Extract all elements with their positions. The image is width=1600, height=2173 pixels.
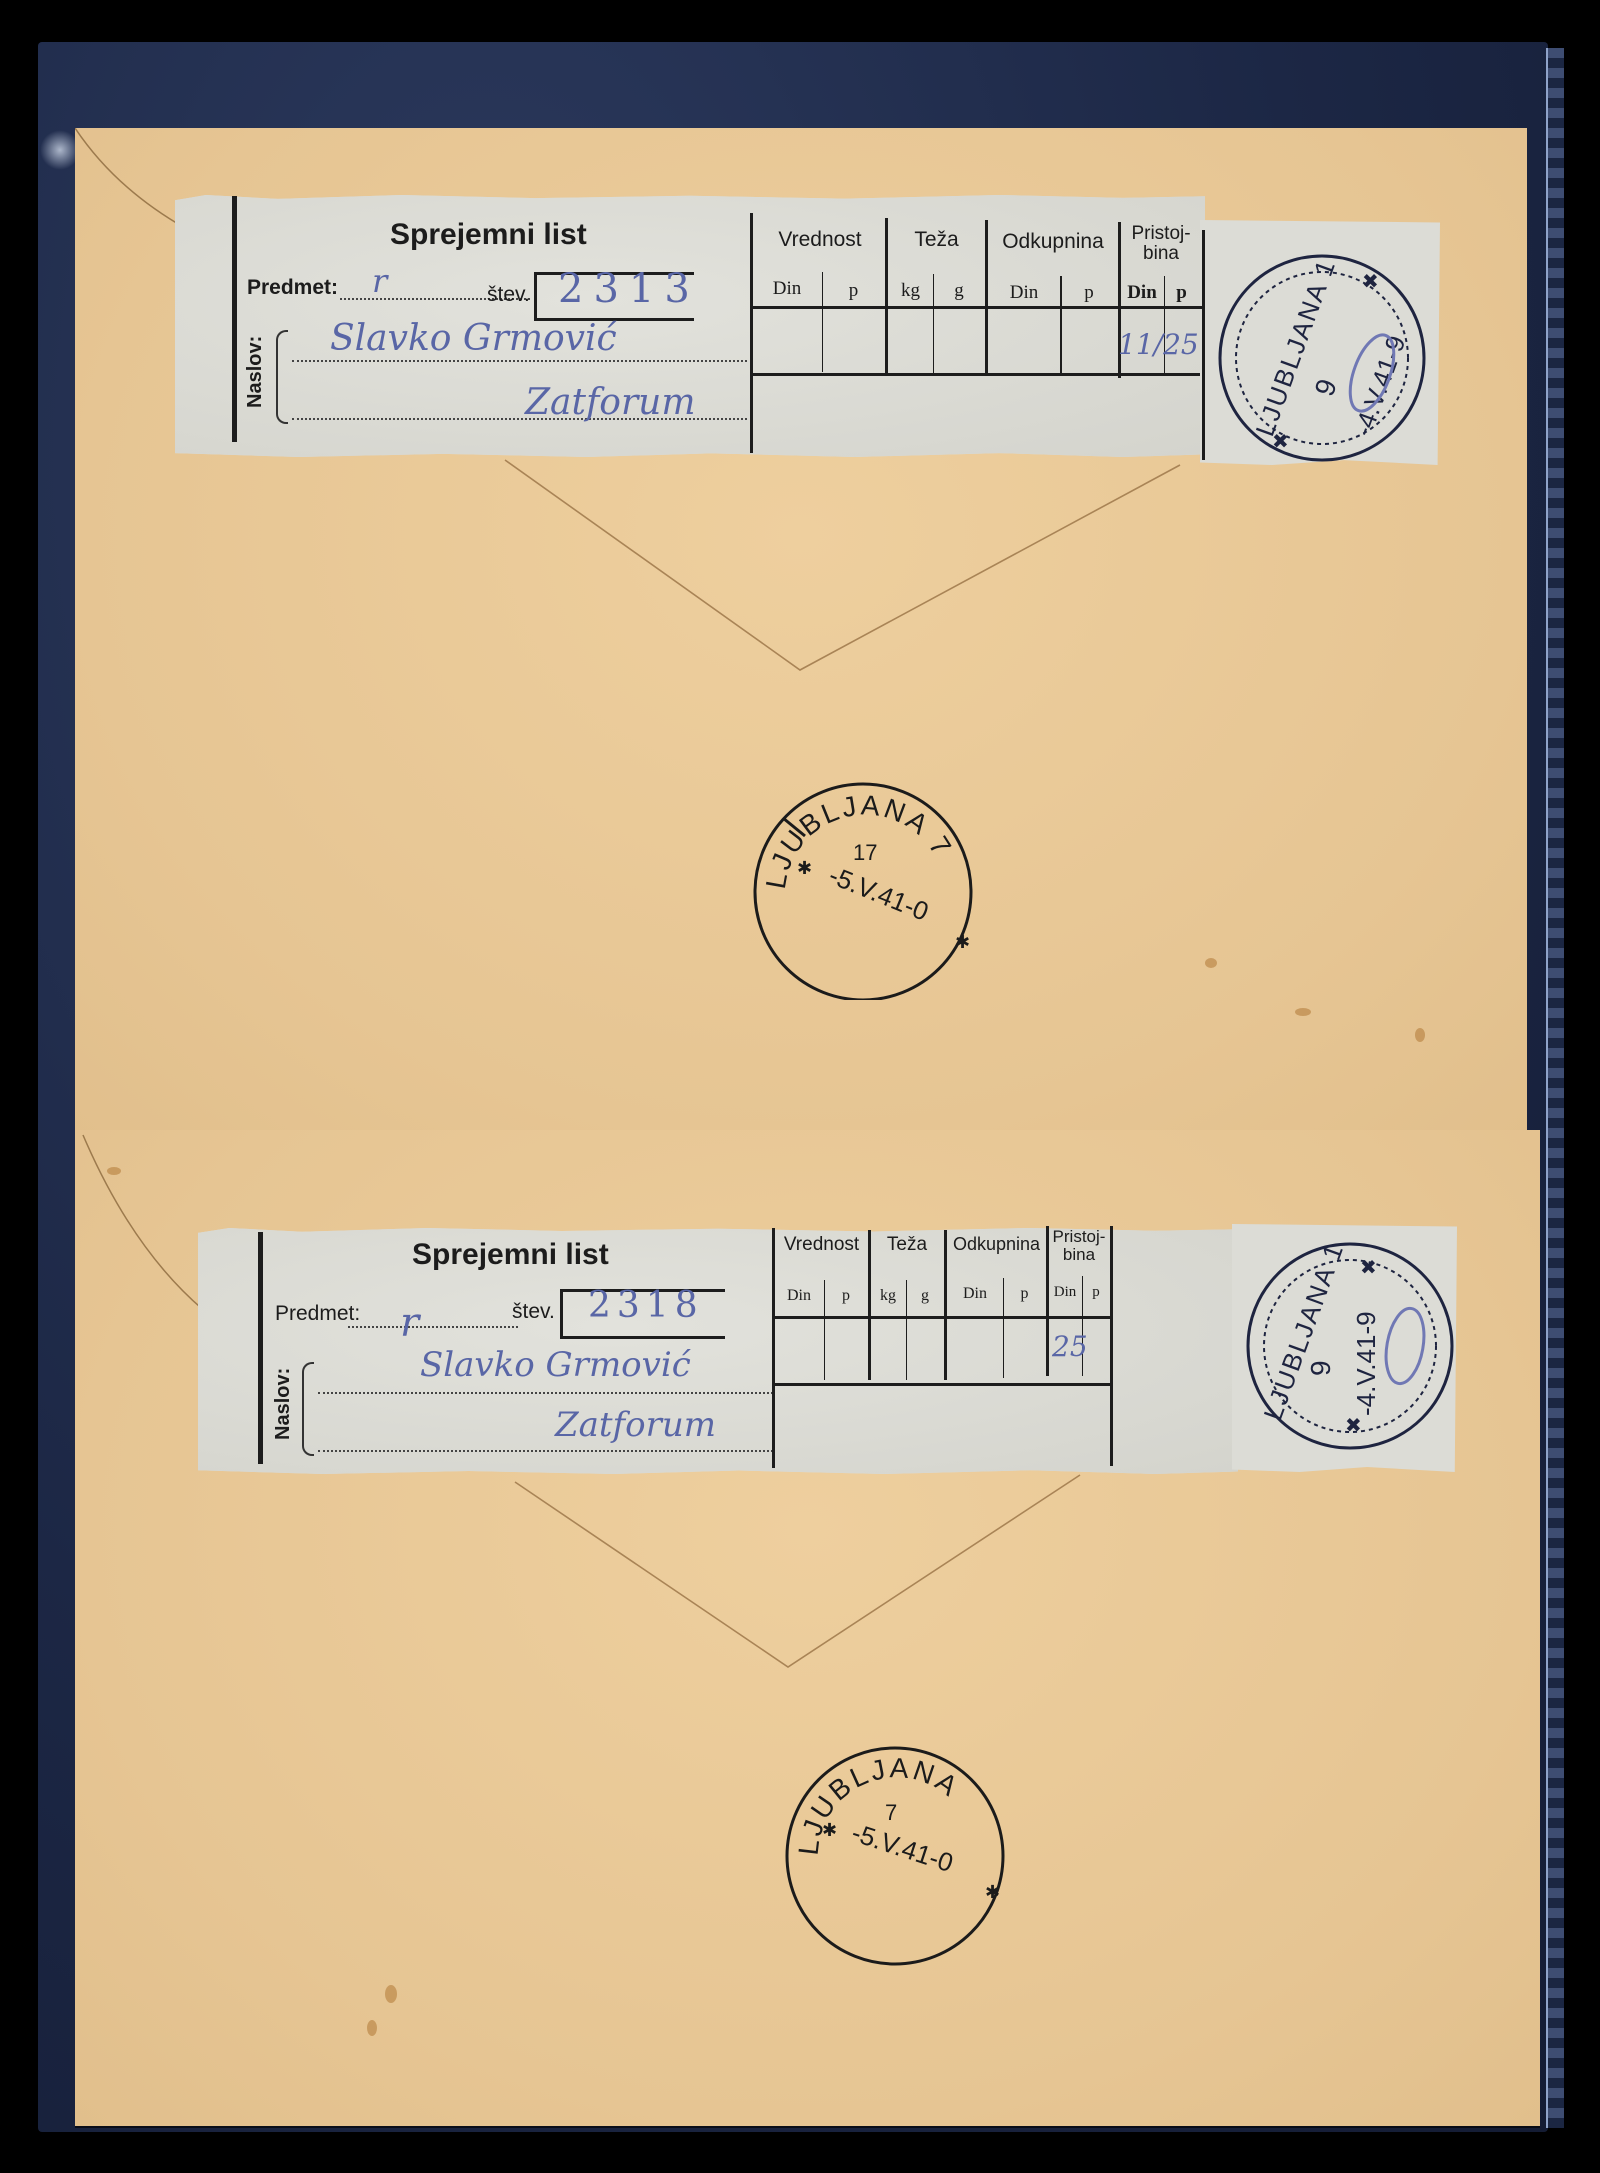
col-din: Din xyxy=(947,1285,1003,1303)
address-name: Slavko Grmović xyxy=(420,1345,691,1385)
svg-text:✱: ✱ xyxy=(985,1882,1000,1902)
address-city: Zatforum xyxy=(555,1405,716,1445)
svg-text:✖: ✖ xyxy=(1360,1257,1377,1279)
address-name: Slavko Grmović xyxy=(330,318,617,359)
address-label: Naslov: xyxy=(244,336,267,408)
col-p: p xyxy=(822,280,885,302)
svg-text:17: 17 xyxy=(853,840,877,865)
table-body-rule xyxy=(774,1383,1110,1386)
subject-line xyxy=(348,1326,518,1328)
subcol-rule xyxy=(822,272,823,372)
label-left-border xyxy=(232,196,237,442)
col-din: Din xyxy=(1048,1284,1082,1301)
svg-text:7: 7 xyxy=(885,1800,897,1825)
svg-text:✱: ✱ xyxy=(955,932,970,952)
binder-perforation-strip xyxy=(1546,48,1564,2128)
number-box-left xyxy=(534,272,537,320)
foxing-spot xyxy=(367,2020,377,2036)
foxing-spot xyxy=(385,1985,397,2003)
subcol-rule xyxy=(824,1280,825,1380)
col-group-odkupnina: Odkupnina xyxy=(947,1234,1046,1255)
sleeve-glare xyxy=(40,130,80,170)
subject-label: Predmet: xyxy=(275,1302,360,1326)
receipt-title: Sprejemni list xyxy=(390,218,587,252)
foxing-spot xyxy=(1415,1028,1425,1042)
col-group-pristojbina: Pristoj-bina xyxy=(1048,1228,1110,1264)
number-box-left xyxy=(560,1290,563,1338)
subcol-rule xyxy=(1164,276,1165,376)
postmark-ljubljana-1-bottom: ✖ ✖ LJUBLJANA 1 9 -4.V.41-9 xyxy=(1240,1236,1460,1456)
table-right-border xyxy=(1110,1226,1113,1466)
subcol-rule xyxy=(933,274,934,374)
subcol-rule xyxy=(1060,276,1062,376)
number-box-bottom xyxy=(560,1336,725,1339)
address-label: Naslov: xyxy=(272,1368,295,1440)
col-kg: kg xyxy=(870,1287,906,1305)
address-brace xyxy=(276,330,288,424)
fee-value: 25 xyxy=(1052,1330,1088,1363)
col-p: p xyxy=(1163,282,1200,304)
svg-text:-5.V.41-0: -5.V.41-0 xyxy=(848,1817,957,1878)
svg-text:LJUBLJANA 1: LJUBLJANA 1 xyxy=(1257,1238,1349,1424)
svg-text:-5.V.41-0: -5.V.41-0 xyxy=(825,860,933,927)
svg-text:9: 9 xyxy=(1305,1360,1336,1376)
svg-text:✱: ✱ xyxy=(797,858,812,878)
col-din: Din xyxy=(988,282,1060,304)
number-label: štev. xyxy=(487,283,530,307)
table-right-border xyxy=(1202,230,1205,460)
number-value: 2318 xyxy=(588,1285,704,1326)
col-din: Din xyxy=(1121,282,1163,304)
col-din: Din xyxy=(774,1287,824,1305)
table-header-rule xyxy=(752,306,1202,309)
number-value: 2313 xyxy=(558,266,700,312)
receipt-title: Sprejemni list xyxy=(412,1238,609,1272)
col-p: p xyxy=(1082,1284,1110,1301)
address-line-1 xyxy=(292,360,747,362)
svg-text:-4.V.41-9: -4.V.41-9 xyxy=(1351,1311,1381,1416)
label-left-border xyxy=(258,1232,263,1464)
subject-value: r xyxy=(400,1300,419,1346)
col-group-teza: Teža xyxy=(888,228,985,252)
subject-label: Predmet: xyxy=(247,276,338,300)
col-group-vrednost: Vrednost xyxy=(755,228,885,252)
svg-text:✱: ✱ xyxy=(822,1820,837,1840)
col-group-teza: Teža xyxy=(870,1234,944,1256)
col-g: g xyxy=(906,1287,944,1305)
foxing-spot xyxy=(1205,958,1217,968)
address-city: Zatforum xyxy=(525,382,695,423)
col-group-odkupnina: Odkupnina xyxy=(988,230,1118,254)
col-kg: kg xyxy=(888,280,933,302)
svg-text:9: 9 xyxy=(1309,375,1343,400)
svg-text:✖: ✖ xyxy=(1362,271,1379,293)
subcol-rule xyxy=(1003,1278,1004,1378)
foxing-spot xyxy=(1295,1008,1311,1016)
col-p: p xyxy=(1060,282,1118,304)
col-g: g xyxy=(933,280,985,302)
col-din: Din xyxy=(752,278,822,300)
number-label: štev. xyxy=(512,1300,555,1324)
table-body-rule xyxy=(752,373,1200,376)
address-line-2 xyxy=(318,1450,773,1452)
table-left-border xyxy=(750,213,753,453)
subject-value: r xyxy=(372,262,387,300)
postmark-ljubljana-1-top: ✖ ✖ LJUBLJANA 1 9 -4.V.41-9 xyxy=(1212,248,1432,468)
svg-text:✖: ✖ xyxy=(1345,1415,1362,1437)
foxing-spot xyxy=(107,1167,121,1175)
table-left-border xyxy=(772,1228,775,1468)
address-line-1 xyxy=(318,1392,773,1394)
subcol-rule xyxy=(906,1280,907,1380)
postmark-ljubljana-7-bottom: LJUBLJANA 7 -5.V.41-0 ✱ ✱ xyxy=(780,1738,1010,1968)
svg-text:LJUBLJANA 1: LJUBLJANA 1 xyxy=(1249,254,1341,440)
postmark-ljubljana-7-top: LJUBLJANA 7 17 -5.V.41-0 ✱ ✱ xyxy=(745,780,985,1000)
address-brace xyxy=(302,1362,314,1456)
col-p: p xyxy=(824,1287,868,1305)
col-p: p xyxy=(1003,1285,1046,1303)
col-group-pristojbina: Pristoj-bina xyxy=(1122,224,1200,264)
col-group-vrednost: Vrednost xyxy=(775,1234,868,1256)
fee-value: 11/25 xyxy=(1118,328,1199,361)
